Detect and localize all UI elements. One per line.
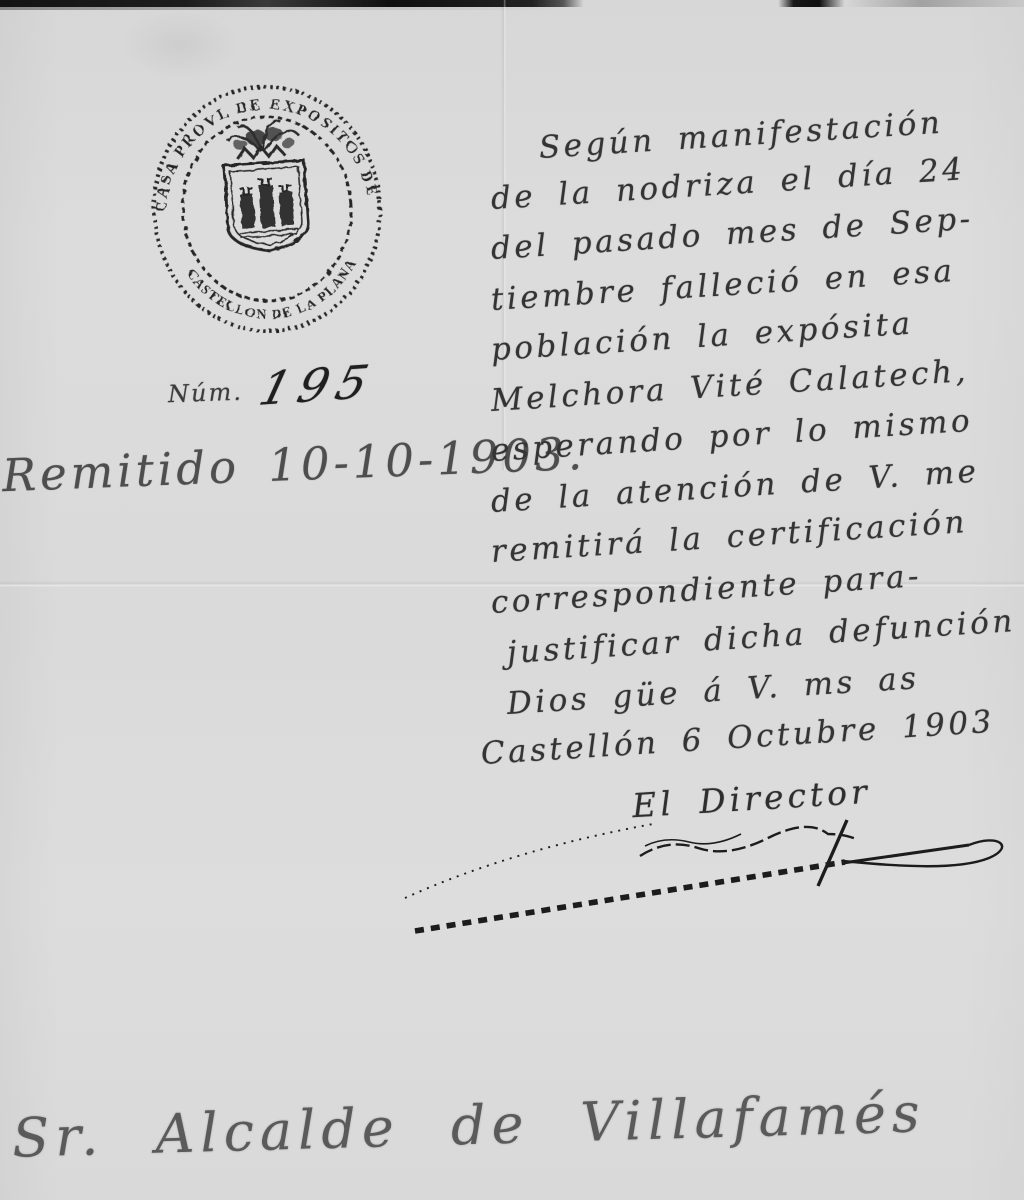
signature-small-scribble	[645, 834, 741, 846]
signature-end-loop	[843, 840, 1002, 866]
orphanage-seal: CASA PROVL DE EXPOSITOS DE CASTELLON DE …	[137, 72, 396, 346]
seal-crown	[227, 120, 299, 160]
scan-edge-artifact	[0, 0, 1024, 7]
paper-smudge	[120, 10, 240, 80]
signature-flourish	[395, 798, 1023, 948]
signature-rubric-scribble	[640, 827, 858, 856]
document-number: Núm. 195	[168, 358, 374, 412]
document-number-label: Núm.	[168, 378, 244, 409]
scan-edge-artifact-2	[0, 7, 560, 10]
letter-page: CASA PROVL DE EXPOSITOS DE CASTELLON DE …	[0, 0, 1024, 1200]
seal-coat-of-arms	[224, 160, 310, 253]
signature-underline-solid	[843, 845, 969, 863]
signature-underline-taper	[415, 862, 845, 931]
document-number-value: 195	[254, 354, 382, 416]
signature-rubric-slash	[818, 820, 847, 886]
addressee-line: Sr. Alcalde de Villafamés	[11, 1081, 926, 1169]
signature-dotted-arc	[405, 824, 653, 898]
letter-body: Según manifestación de la nodriza el día…	[483, 130, 1024, 787]
